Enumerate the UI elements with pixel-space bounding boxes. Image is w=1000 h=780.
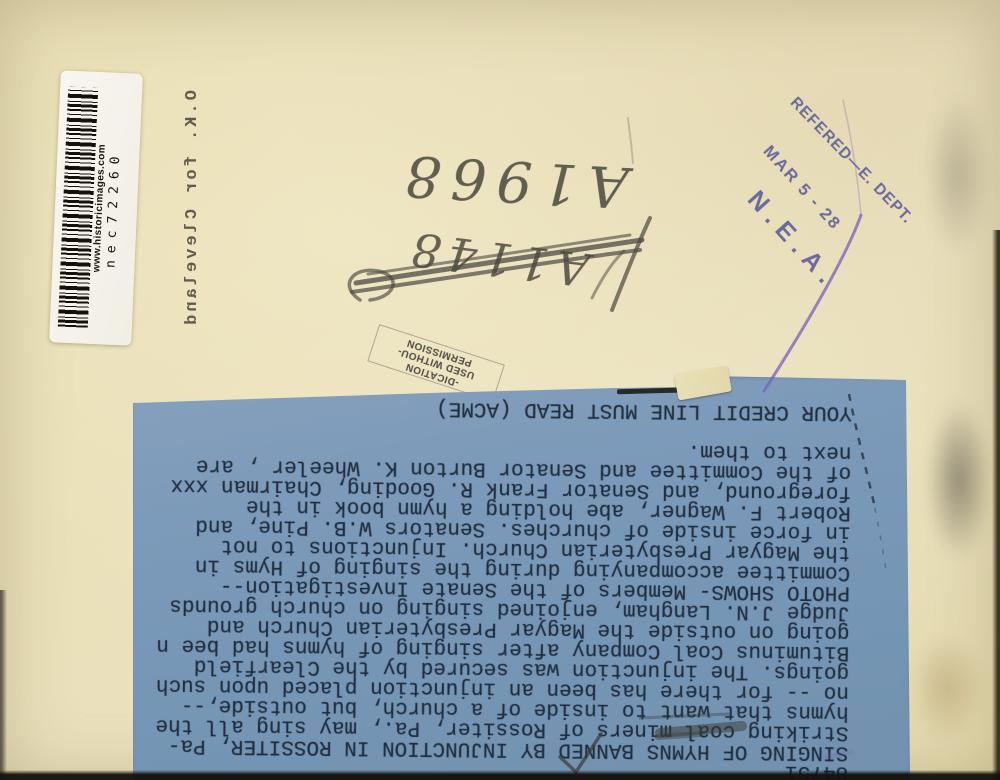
- scan-edge-bottom: [0, 770, 1000, 780]
- barcode-sticker: www.historicimages.com nec72260: [49, 70, 143, 345]
- smudge-stain: [918, 380, 1000, 580]
- barcode-sticker-content: www.historicimages.com nec72260: [55, 77, 136, 340]
- caption-text: 84751 SINGING OF HYMNS BANNED BY INJUNCT…: [148, 394, 892, 780]
- permission-stamp: -DICATION USED WITHOU- PERMISSION: [367, 325, 504, 402]
- photo-back-scan: www.historicimages.com nec72260 O.K. for…: [0, 0, 1000, 780]
- scan-edge-right: [992, 230, 1000, 780]
- scan-edge-left: [0, 590, 7, 780]
- smudge-stain: [898, 618, 996, 758]
- smudge-stain: [915, 70, 1000, 280]
- routing-stamp: O.K. for Cleveland: [180, 84, 206, 334]
